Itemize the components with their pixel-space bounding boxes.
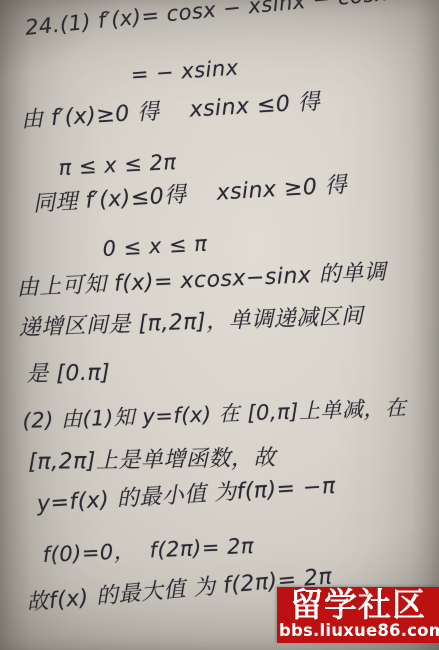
handwritten-line-8: 递增区间是 [π,2π]，单调递减区间 bbox=[18, 299, 364, 342]
handwritten-line-1: 24.(1) f′(x)= cosx − xsinx − cosx bbox=[24, 0, 389, 40]
watermark-site-name: 留学社区 bbox=[279, 588, 437, 622]
handwritten-line-4: π ≤ x ≤ 2π bbox=[58, 150, 177, 180]
handwritten-line-2: = − xsinx bbox=[130, 55, 239, 86]
handwritten-line-9: 是 [0.π] bbox=[26, 356, 110, 388]
handwritten-line-7: 由上可知 f(x)= xcosx−sinx 的单调 bbox=[16, 255, 387, 302]
handwritten-line-11: [π,2π]上是单增函数，故 bbox=[28, 441, 276, 476]
handwritten-line-3: 由 f′(x)≥0 得 xsinx ≤0 得 bbox=[20, 85, 321, 134]
handwritten-line-10: (2) 由(1)知 y=f(x) 在 [0,π]上单减，在 bbox=[22, 392, 407, 435]
site-watermark: 留学社区 bbs.liuxue86.com bbox=[277, 587, 439, 643]
handwritten-line-12: y=f(x) 的最小值 为f(π)= −π bbox=[36, 469, 336, 518]
handwritten-line-13: f(0)=0， f(2π)= 2π bbox=[42, 530, 255, 569]
handwritten-line-6: 0 ≤ x ≤ π bbox=[102, 232, 208, 261]
photo-of-handwritten-solution: 24.(1) f′(x)= cosx − xsinx − cosx = − xs… bbox=[0, 0, 439, 650]
watermark-site-url: bbs.liuxue86.com bbox=[279, 622, 437, 641]
